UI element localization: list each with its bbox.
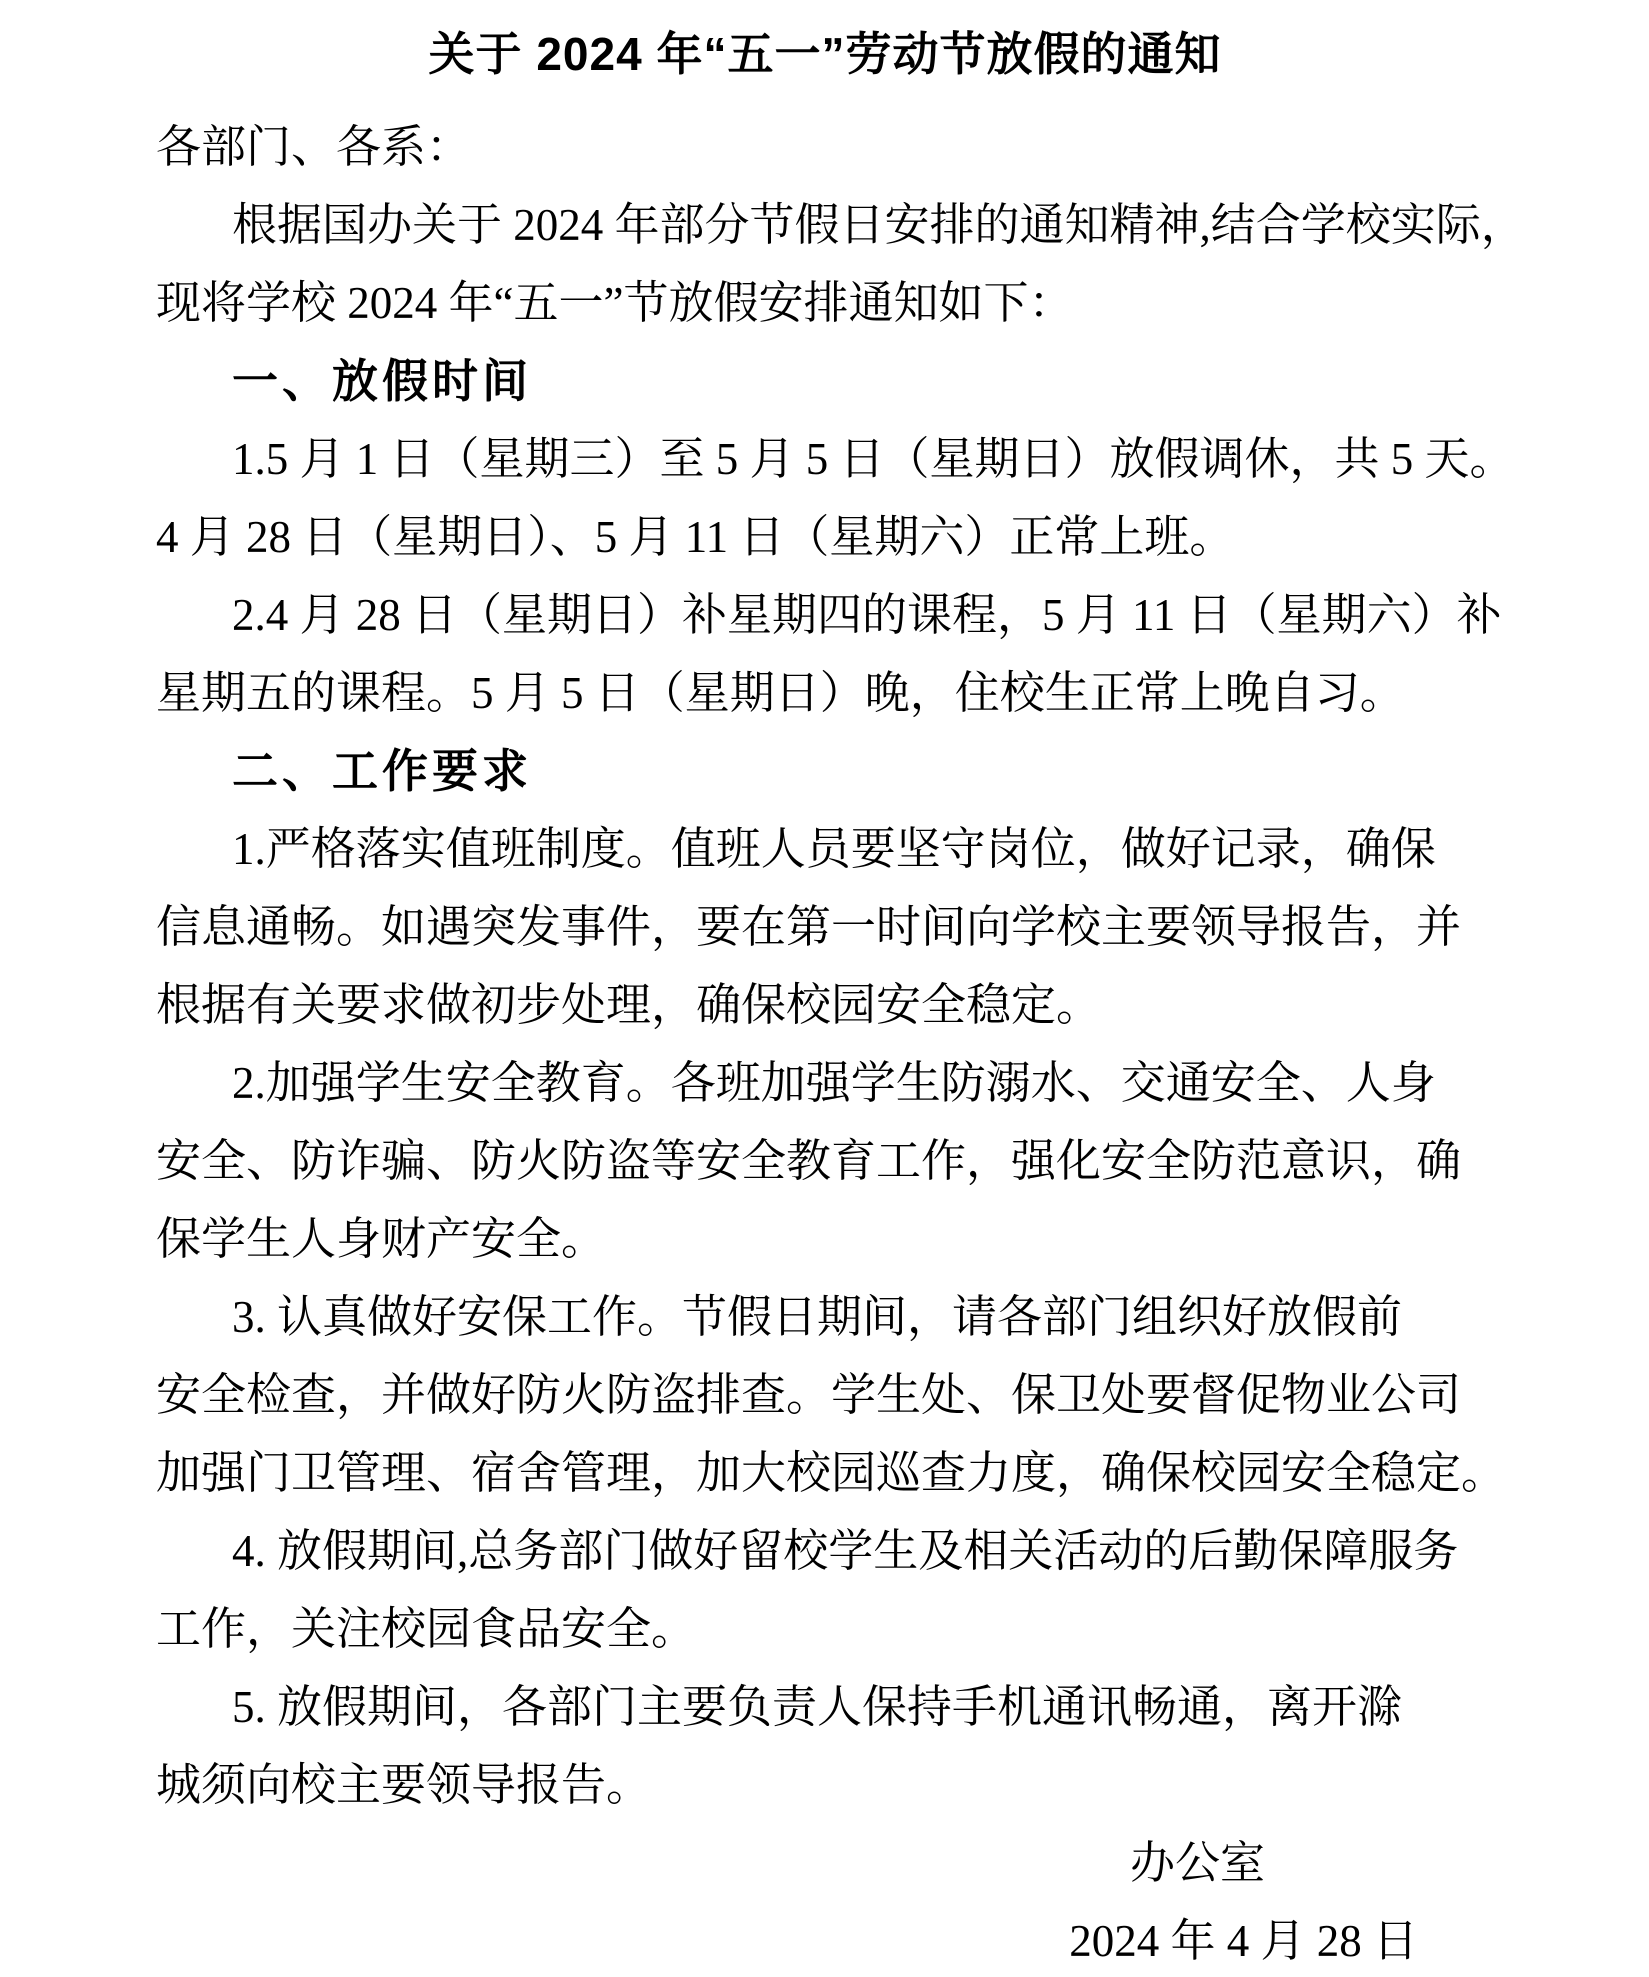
section2-item4-line2: 工作，关注校园食品安全。 xyxy=(156,1590,1494,1668)
section2-heading: 二、工作要求 xyxy=(156,732,1494,810)
section2-item1-line1: 1.严格落实值班制度。值班人员要坚守岗位，做好记录，确保 xyxy=(156,810,1494,888)
section2-item3-line1: 3. 认真做好安保工作。节假日期间，请各部门组织好放假前 xyxy=(156,1278,1494,1356)
section2-item5-line1: 5. 放假期间，各部门主要负责人保持手机通讯畅通，离开滁 xyxy=(156,1668,1494,1746)
section2-item1-line3: 根据有关要求做初步处理，确保校园安全稳定。 xyxy=(156,966,1494,1044)
section2-item1-line2: 信息通畅。如遇突发事件，要在第一时间向学校主要领导报告，并 xyxy=(156,888,1494,966)
section1-item2-line1: 2.4 月 28 日（星期日）补星期四的课程，5 月 11 日（星期六）补 xyxy=(156,576,1494,654)
signature-department: 办公室 xyxy=(156,1824,1494,1902)
document-title: 关于 2024 年“五一”劳动节放假的通知 xyxy=(156,14,1494,94)
document-page: 关于 2024 年“五一”劳动节放假的通知 各部门、各系： 根据国办关于 202… xyxy=(0,0,1649,1977)
section1-heading: 一、放假时间 xyxy=(156,342,1494,420)
section2-item2-line3: 保学生人身财产安全。 xyxy=(156,1200,1494,1278)
notice-document: 关于 2024 年“五一”劳动节放假的通知 各部门、各系： 根据国办关于 202… xyxy=(156,14,1494,1977)
signature-date: 2024 年 4 月 28 日 xyxy=(156,1902,1494,1977)
section2-item2-line2: 安全、防诈骗、防火防盗等安全教育工作，强化安全防范意识，确 xyxy=(156,1122,1494,1200)
section1-item1-line1: 1.5 月 1 日（星期三）至 5 月 5 日（星期日）放假调休，共 5 天。 xyxy=(156,420,1494,498)
section1-item2-line2: 星期五的课程。5 月 5 日（星期日）晚，住校生正常上晚自习。 xyxy=(156,654,1494,732)
section1-item1-line2: 4 月 28 日（星期日）、5 月 11 日（星期六）正常上班。 xyxy=(156,498,1494,576)
salutation-line: 各部门、各系： xyxy=(156,108,1494,186)
section2-item4-line1: 4. 放假期间,总务部门做好留校学生及相关活动的后勤保障服务 xyxy=(156,1512,1494,1590)
section2-item3-line3: 加强门卫管理、宿舍管理，加大校园巡查力度，确保校园安全稳定。 xyxy=(156,1434,1494,1512)
section2-item3-line2: 安全检查，并做好防火防盗排查。学生处、保卫处要督促物业公司 xyxy=(156,1356,1494,1434)
intro-line-1: 根据国办关于 2024 年部分节假日安排的通知精神,结合学校实际， xyxy=(156,186,1494,264)
section2-item2-line1: 2.加强学生安全教育。各班加强学生防溺水、交通安全、人身 xyxy=(156,1044,1494,1122)
section2-item5-line2: 城须向校主要领导报告。 xyxy=(156,1746,1494,1824)
intro-line-2: 现将学校 2024 年“五一”节放假安排通知如下： xyxy=(156,264,1494,342)
